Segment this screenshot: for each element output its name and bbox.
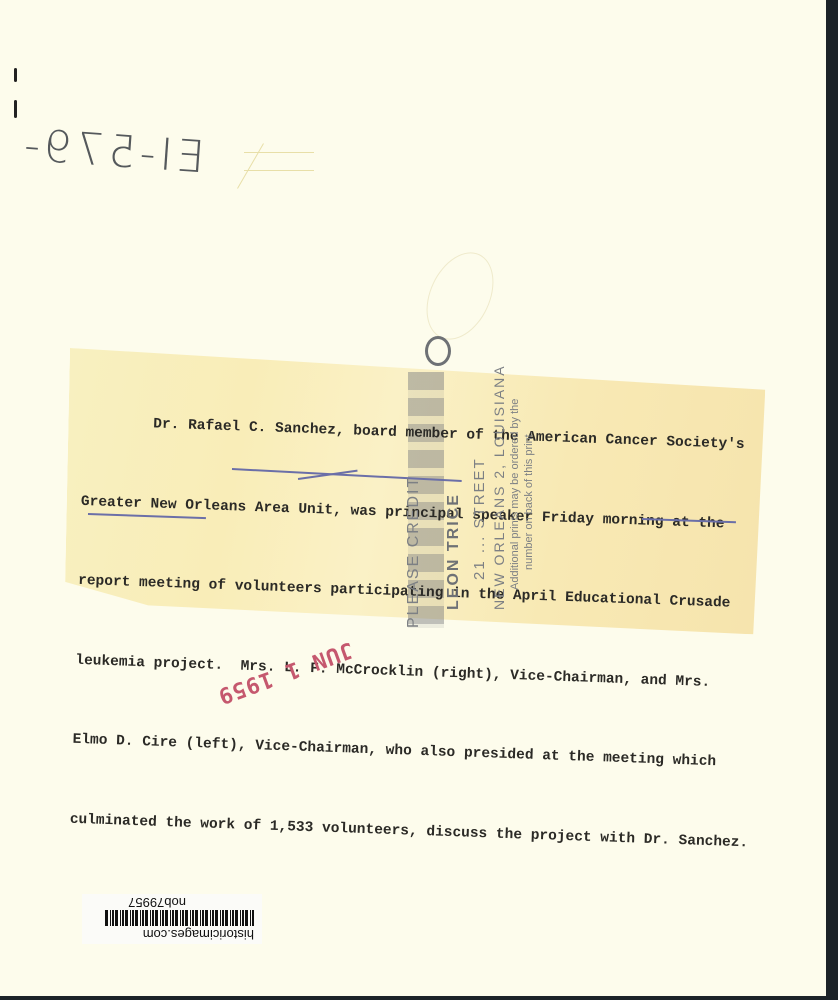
barcode-icon <box>104 910 254 926</box>
barcode-site-text: historicimages.com <box>143 927 254 942</box>
caption-line: Greater New Orleans Area Unit, was princ… <box>80 488 761 538</box>
caption-line: Elmo D. Cire (left), Vice-Chairman, who … <box>72 727 753 777</box>
typed-caption: Dr. Rafael C. Sanchez, board member of t… <box>68 356 766 909</box>
handwritten-catalog-number: EI-579- <box>19 124 206 181</box>
caption-line: Dr. Rafael C. Sanchez, board member of t… <box>83 409 764 459</box>
caption-line: report meeting of volunteers participati… <box>78 568 759 618</box>
caption-line: culminated the work of 1,533 volunteers,… <box>69 806 750 856</box>
pencil-stroke <box>244 152 314 153</box>
caption-line: leukemia project. Mrs. L. F. McCrocklin … <box>75 647 756 697</box>
scan-edge-right <box>826 0 838 1000</box>
ink-marks <box>12 68 22 128</box>
pencil-stroke <box>237 143 264 189</box>
pencil-oval-mark <box>413 242 506 351</box>
ink-mark <box>14 68 17 82</box>
pencil-stroke <box>244 170 314 171</box>
barcode-label: historicimages.com nob79957 <box>82 894 262 944</box>
faint-pencil-mark <box>240 130 320 190</box>
scan-edge-bottom <box>0 996 838 1000</box>
photo-back-page: EI-579- Dr. Rafael C. Sanchez, board mem… <box>0 0 836 996</box>
ink-mark <box>14 100 17 118</box>
barcode-code-text: nob79957 <box>128 895 186 910</box>
stamp-mark-icon <box>425 336 451 366</box>
